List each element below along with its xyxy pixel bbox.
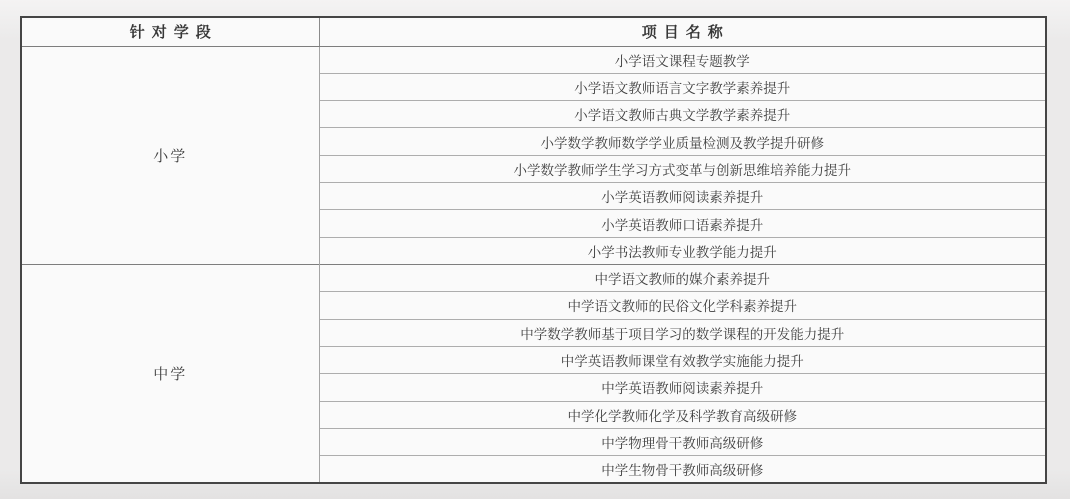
- project-cell: 中学语文教师的民俗文化学科素养提升: [319, 292, 1046, 319]
- project-cell: 小学英语教师阅读素养提升: [319, 183, 1046, 210]
- project-cell: 中学生物骨干教师高级研修: [319, 456, 1046, 483]
- project-cell: 中学化学教师化学及科学教育高级研修: [319, 401, 1046, 428]
- project-cell: 中学物理骨干教师高级研修: [319, 428, 1046, 455]
- table-row: 小学小学语文课程专题教学: [21, 46, 1046, 73]
- project-cell: 中学英语教师课堂有效教学实施能力提升: [319, 346, 1046, 373]
- project-cell: 小学书法教师专业教学能力提升: [319, 237, 1046, 264]
- table-row: 中学中学语文教师的媒介素养提升: [21, 265, 1046, 292]
- project-cell: 小学数学教师数学学业质量检测及教学提升研修: [319, 128, 1046, 155]
- header-stage: 针对学段: [21, 17, 319, 46]
- project-cell: 小学英语教师口语素养提升: [319, 210, 1046, 237]
- table-header-row: 针对学段 项目名称: [21, 17, 1046, 46]
- training-program-table-container: 针对学段 项目名称 小学小学语文课程专题教学小学语文教师语言文字教学素养提升小学…: [20, 16, 1045, 484]
- stage-cell: 小学: [21, 46, 319, 265]
- table-body: 小学小学语文课程专题教学小学语文教师语言文字教学素养提升小学语文教师古典文学教学…: [21, 46, 1046, 483]
- project-cell: 中学数学教师基于项目学习的数学课程的开发能力提升: [319, 319, 1046, 346]
- project-cell: 中学语文教师的媒介素养提升: [319, 265, 1046, 292]
- project-cell: 小学语文教师语言文字教学素养提升: [319, 73, 1046, 100]
- project-cell: 小学数学教师学生学习方式变革与创新思维培养能力提升: [319, 155, 1046, 182]
- header-project: 项目名称: [319, 17, 1046, 46]
- training-program-table: 针对学段 项目名称 小学小学语文课程专题教学小学语文教师语言文字教学素养提升小学…: [20, 16, 1047, 484]
- project-cell: 中学英语教师阅读素养提升: [319, 374, 1046, 401]
- project-cell: 小学语文课程专题教学: [319, 46, 1046, 73]
- page-background: { "table": { "headers": { "stage": "针对学段…: [0, 0, 1070, 499]
- project-cell: 小学语文教师古典文学教学素养提升: [319, 101, 1046, 128]
- stage-cell: 中学: [21, 265, 319, 484]
